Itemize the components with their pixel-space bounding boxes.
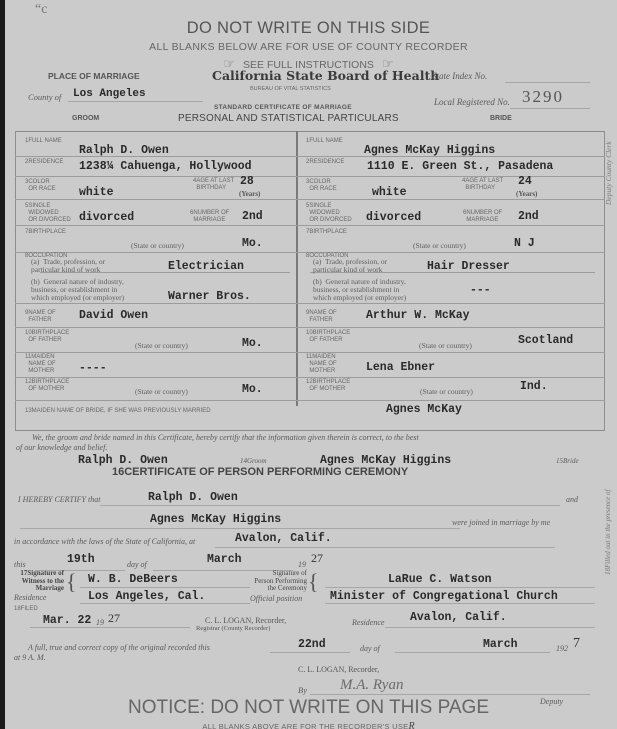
groom-birthplace-label: 7BIRTHPLACE [25, 229, 66, 236]
recorder-name: C. L. LOGAN, Recorder, [205, 616, 286, 625]
groom-mother-birthplace: Mo. [242, 383, 263, 396]
filed-year: 27 [108, 611, 120, 626]
copy-month: March [483, 638, 518, 651]
bride-birthplace: N J [514, 237, 535, 250]
copy-month-field [395, 652, 550, 653]
copy-year-prefix: 192 [556, 644, 568, 653]
bride-signature-label: 15Bride [556, 457, 579, 465]
groom-father-name-label: 9NAME OF FATHER [25, 310, 56, 324]
groom-age-label: 4AGE AT LAST BIRTHDAY [193, 178, 234, 192]
officiant-label: Signature of Person Performing the Cerem… [245, 570, 307, 593]
and-label: and [566, 495, 578, 504]
groom-mother-state-country-hint: (State or country) [135, 388, 188, 396]
row-separator [15, 199, 605, 200]
officiant-residence-field [385, 627, 595, 628]
groom-full-name-label: 1FULL NAME [25, 138, 62, 145]
ceremony-person2: Agnes McKay Higgins [150, 513, 281, 526]
row-separator [15, 176, 605, 177]
groom-occupation-trade: Electrician [168, 260, 244, 273]
bride-color-race: white [372, 186, 407, 199]
by-label: By [298, 685, 307, 695]
ceremony-day: 19th [67, 553, 95, 566]
copy-day: 22nd [298, 638, 326, 651]
bride-age-years: (Years) [516, 190, 537, 198]
local-registered-field [510, 108, 590, 109]
bride-marital-status: divorced [366, 211, 421, 224]
certify-person1-field [100, 505, 560, 506]
certify-person2-field [20, 528, 460, 529]
state-index-label: State Index No. [432, 71, 487, 81]
bride-age: 24 [518, 175, 532, 188]
witness-name-field [80, 587, 250, 588]
bride-number-marriage-label: 6NUMBER OF MARRIAGE [463, 210, 502, 224]
bride-father-birthplace: Scotland [518, 334, 573, 347]
groom-marital-label: 5SINGLE WIDOWED OR DIVORCED [25, 203, 71, 224]
local-registered-value: 3290 [522, 87, 564, 107]
bride-mother-birthplace-label: 12BIRTHPLACE OF MOTHER [306, 379, 350, 393]
bride-residence-label: 2RESIDENCE [306, 159, 344, 166]
bride-mother-state-country-hint: (State or country) [420, 388, 473, 396]
bride-occupation-b-label: (b) General nature of industry, business… [313, 278, 406, 302]
day-of-label: day of [127, 560, 147, 569]
groom-father-state-country-hint: (State or country) [135, 342, 188, 350]
groom-mother-maiden-label: 11MAIDEN NAME OF MOTHER [25, 354, 56, 375]
certify-label: I HEREBY CERTIFY that [18, 495, 100, 504]
officiant-name: LaRue C. Watson [388, 573, 492, 586]
table-bottom-border [15, 430, 605, 431]
groom-father-birthplace-label: 10BIRTHPLACE OF FATHER [25, 330, 69, 344]
groom-occupation-a-label: (a) Trade, profession, or particular kin… [31, 258, 105, 274]
row-separator [15, 303, 605, 304]
affirmation-text-line2: of our knowledge and belief. [16, 443, 107, 452]
groom-residence: 1238¼ Cahuenga, Hollywood [79, 160, 252, 173]
particulars-title: PERSONAL AND STATISTICAL PARTICULARS [178, 113, 399, 124]
official-position: Minister of Congregational Church [330, 590, 558, 603]
bride-number-of-marriage: 2nd [518, 210, 539, 223]
groom-birthplace: Mo. [242, 237, 263, 250]
witness-residence-label: Residence [14, 593, 46, 602]
filed-date-field [30, 627, 190, 628]
filed-date: Mar. 22 [43, 614, 91, 627]
bride-occupation-trade: Hair Dresser [427, 260, 510, 273]
groom-full-name: Ralph D. Owen [79, 144, 169, 157]
witness-residence-field [80, 603, 250, 604]
county-recorder-subtitle: ALL BLANKS BELOW ARE FOR USE OF COUNTY R… [0, 41, 617, 53]
column-divider [296, 131, 298, 406]
row-separator [15, 327, 605, 328]
row-separator [15, 225, 605, 226]
deputy-signature-line [310, 694, 590, 695]
groom-father-birthplace: Mo. [242, 337, 263, 350]
notice-subtitle-line: ALL BLANKS ABOVE ARE FOR THE RECORDER'S … [0, 716, 617, 729]
groom-age-years: (Years) [239, 190, 260, 198]
officiant-name-field [325, 587, 595, 588]
recorder-name-2: C. L. LOGAN, Recorder, [298, 665, 379, 674]
groom-heading: GROOM [72, 115, 99, 122]
bride-occupation-a-label: (a) Trade, profession, or particular kin… [313, 258, 387, 274]
copy-day-of-label: day of [360, 644, 380, 653]
county-label: County of [28, 92, 61, 102]
place-of-marriage-label: PLACE OF MARRIAGE [48, 71, 140, 81]
bride-color-race-label: 3COLOR OR RACE [306, 179, 337, 193]
table-top-border [15, 131, 605, 132]
ceremony-place-field [215, 547, 555, 548]
witness-label: 17Signature of Witness to the Marriage [14, 570, 64, 593]
groom-father-name: David Owen [79, 309, 148, 322]
recorder-mark: R [408, 721, 414, 729]
bride-marital-label: 5SINGLE WIDOWED OR DIVORCED [306, 203, 352, 224]
official-position-field [325, 603, 595, 604]
groom-residence-label: 2RESIDENCE [25, 159, 63, 166]
groom-color-race-label: 3COLOR OR RACE [25, 179, 56, 193]
year-prefix: 19 [298, 560, 306, 569]
copy-day-field [270, 652, 350, 653]
copy-year: 7 [573, 636, 580, 652]
bureau-label: BUREAU OF VITAL STATISTICS [250, 86, 331, 92]
row-separator [15, 377, 605, 378]
deputy-county-clerk-side-text: Deputy County Clerk [604, 141, 613, 205]
groom-age: 28 [240, 175, 254, 188]
bride-occupation-industry: --- [470, 284, 491, 297]
ceremony-month: March [207, 553, 242, 566]
witness-residence: Los Angeles, Cal. [88, 590, 205, 603]
this-label: this [14, 560, 26, 569]
county-value: Los Angeles [73, 88, 146, 100]
filled-out-side-note: 18Filled out in the presence of [604, 490, 612, 575]
groom-occupation-b-label: (b) General nature of industry, business… [31, 278, 124, 302]
filed-year-prefix: 19 [96, 618, 104, 627]
bride-age-label: 4AGE AT LAST BIRTHDAY [462, 178, 503, 192]
copy-time: at 9 A. M. [14, 653, 46, 662]
official-position-label: Official position [250, 594, 302, 603]
standard-certificate-title: STANDARD CERTIFICATE OF MARRIAGE [214, 104, 352, 111]
row-separator [15, 400, 605, 401]
bride-father-birthplace-label: 10BIRTHPLACE OF FATHER [306, 330, 350, 344]
witness-brace: { [66, 569, 77, 595]
bride-mother-maiden-label: 11MAIDEN NAME OF MOTHER [306, 354, 337, 375]
ceremony-certificate-title: 16CERTIFICATE OF PERSON PERFORMING CEREM… [112, 466, 408, 478]
groom-marital-status: divorced [79, 211, 134, 224]
ceremony-person1: Ralph D. Owen [148, 491, 238, 504]
bride-state-country-hint: (State or country) [413, 242, 466, 250]
bride-previous-maiden-name: Agnes McKay [386, 403, 462, 416]
ceremony-year: 27 [311, 551, 323, 566]
row-separator [15, 352, 605, 353]
board-of-health-title: California State Board of Health [212, 68, 439, 83]
bride-full-name: Agnes McKay Higgins [364, 144, 495, 157]
local-registered-label: Local Registered No. [434, 97, 510, 107]
bride-maiden-name-label: 13MAIDEN NAME OF BRIDE, IF SHE WAS PREVI… [25, 408, 211, 415]
bride-father-name-label: 9NAME OF FATHER [306, 310, 337, 324]
groom-color-race: white [79, 186, 114, 199]
groom-number-of-marriage: 2nd [242, 210, 263, 223]
officiant-residence: Avalon, Calif. [410, 611, 507, 624]
bride-birthplace-label: 7BIRTHPLACE [306, 229, 347, 236]
do-not-write-title: DO NOT WRITE ON THIS SIDE [0, 19, 617, 38]
registrar-label: Registrar (County Recorder) [196, 625, 270, 632]
bride-full-name-label: 1FULL NAME [306, 138, 343, 145]
groom-state-country-hint: (State or country) [131, 242, 184, 250]
copy-text: A full, true and correct copy of the ori… [28, 643, 210, 652]
ceremony-place: Avalon, Calif. [235, 532, 332, 545]
joined-label: were joined in marriage by me [452, 518, 550, 527]
bride-father-state-country-hint: (State or country) [419, 342, 472, 350]
affirmation-text-line1: We, the groom and bride named in this Ce… [32, 433, 419, 442]
bride-mother-birthplace: Ind. [520, 380, 548, 393]
deputy-signature: M.A. Ryan [340, 677, 403, 694]
groom-mother-maiden-name: ---- [79, 362, 107, 375]
corner-mark: “c [35, 2, 47, 18]
bride-father-name: Arthur W. McKay [366, 309, 470, 322]
county-field [68, 101, 203, 102]
laws-label: in accordance with the laws of the State… [14, 537, 195, 546]
filed-label: 18FILED [14, 606, 38, 612]
officiant-brace: { [308, 569, 319, 595]
groom-mother-birthplace-label: 12BIRTHPLACE OF MOTHER [25, 379, 69, 393]
notice-subtitle: ALL BLANKS ABOVE ARE FOR THE RECORDER'S … [202, 722, 408, 729]
state-index-field [505, 82, 590, 83]
groom-signature-label: 14Groom [240, 457, 267, 465]
bride-mother-maiden-name: Lena Ebner [366, 361, 435, 374]
groom-occupation-industry: Warner Bros. [168, 290, 251, 303]
bride-residence: 1110 E. Green St., Pasadena [367, 160, 553, 173]
witness-name: W. B. DeBeers [88, 573, 178, 586]
officiant-residence-label: Residence [352, 618, 384, 627]
bride-heading: BRIDE [490, 115, 512, 122]
groom-number-marriage-label: 6NUMBER OF MARRIAGE [190, 210, 229, 224]
